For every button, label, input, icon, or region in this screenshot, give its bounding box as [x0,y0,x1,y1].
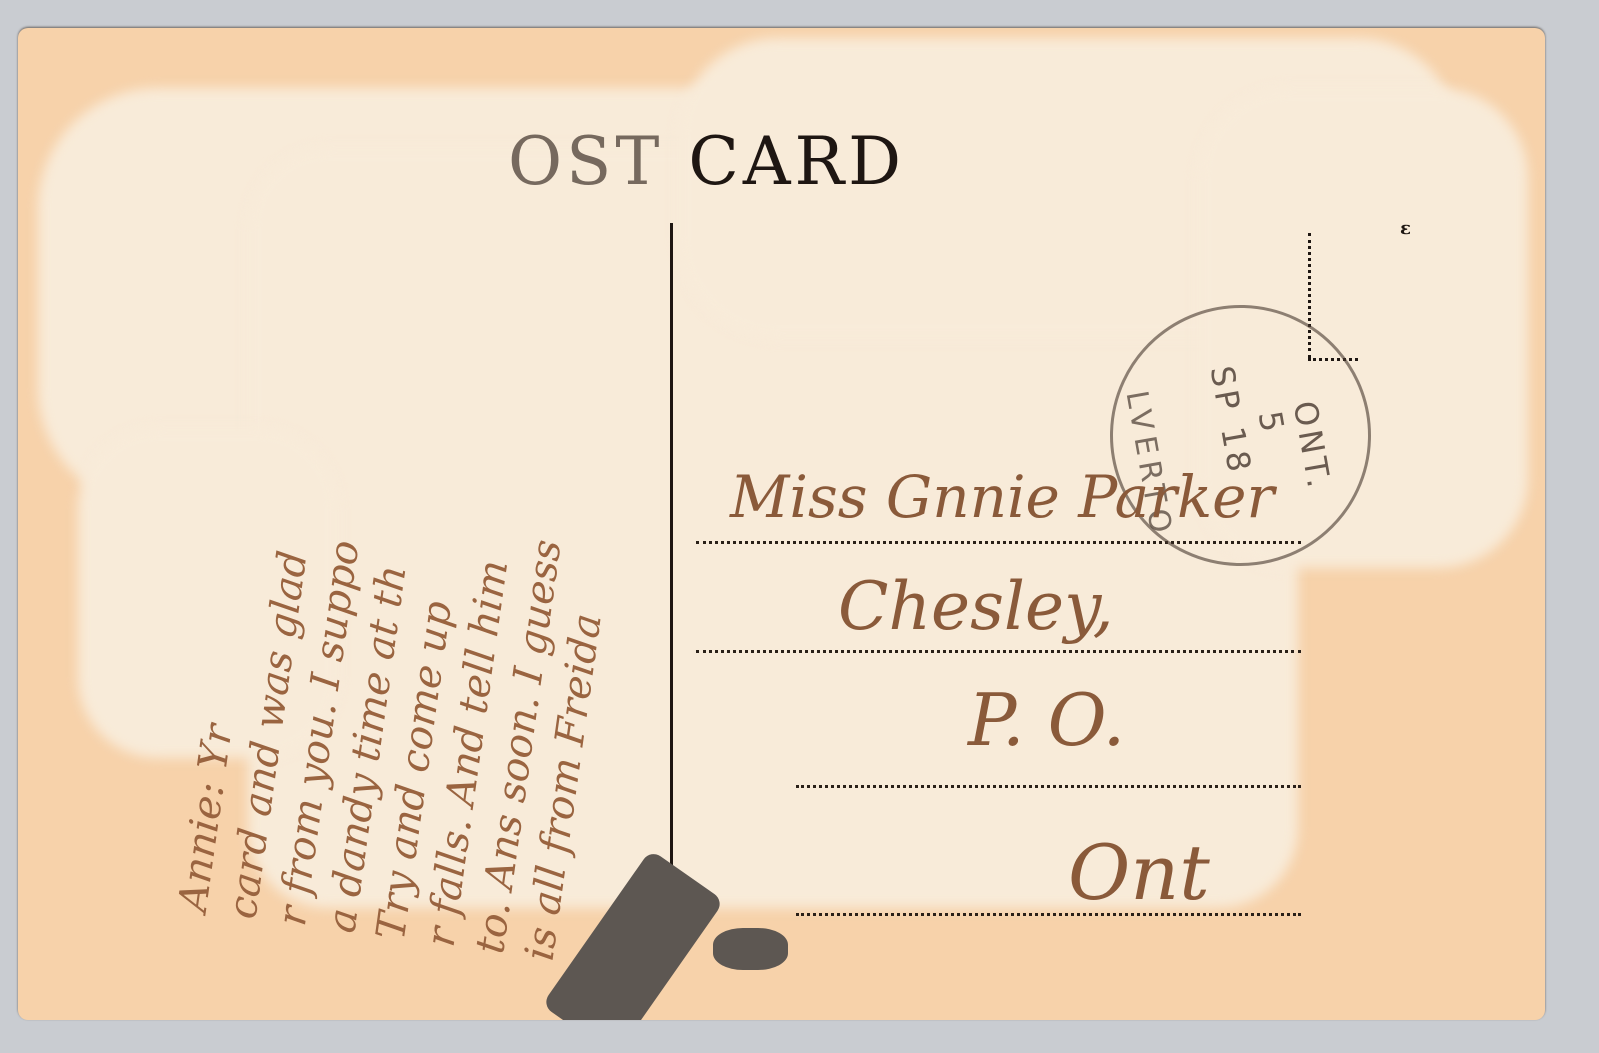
dark-smudge [713,928,788,970]
corner-mark: ε [1400,218,1411,239]
address-town: Chesley, [838,568,1114,645]
heading-card: CARD [688,123,905,200]
address-province: Ont [1068,828,1210,917]
postcard-back: OST CARD ε LVERTO SP 18 5 ONT. Miss Gnni… [18,28,1545,1020]
address-name: Miss Gnnie Parker [730,463,1274,531]
address-line [696,650,1301,653]
center-divider [670,223,673,883]
heading-partial: OST [508,123,663,200]
postcard-heading: OST CARD [508,123,905,200]
address-line [796,785,1301,788]
address-line [796,913,1301,916]
handwritten-message: Annie: Yr card and was glad r from you. … [168,495,622,964]
address-po: P. O. [968,678,1125,762]
